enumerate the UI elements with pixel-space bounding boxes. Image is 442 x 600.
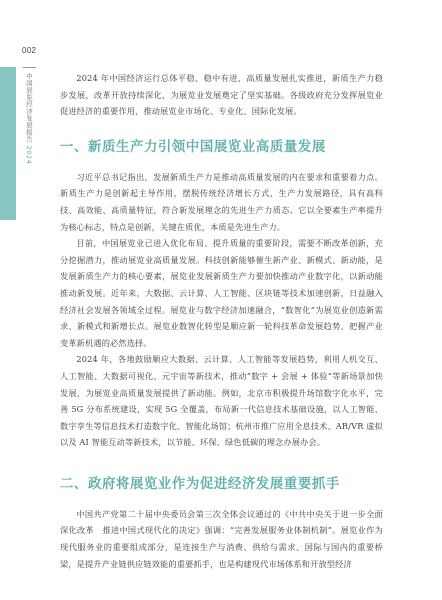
section-1-paragraph: 2024 年，各地鼓励顺应大数据、云计算、人工智能等发展趋势，利用人机交互、人工… <box>60 351 383 451</box>
page-content: 2024 年中国经济运行总体平稳、稳中有进，高质量发展扎实推进，新质生产力稳步发… <box>60 70 383 572</box>
page-number: 002 <box>22 46 36 55</box>
side-accent-bar <box>0 67 16 220</box>
running-title-text: 中国展览经济发展报告 <box>25 73 33 143</box>
section-2-heading: 二、政府将展览业作为促进经济发展重要抓手 <box>60 473 383 492</box>
running-title: 中国展览经济发展报告 2024 <box>24 73 34 164</box>
intro-paragraph: 2024 年中国经济运行总体平稳、稳中有进，高质量发展扎实推进，新质生产力稳步发… <box>60 70 383 120</box>
running-title-year: 2024 <box>25 146 33 165</box>
section-1-heading: 一、新质生产力引领中国展览业高质量发展 <box>60 136 383 155</box>
section-2-paragraph: 中国共产党第二十届中央委员会第三次全体会议通过的《中共中央关于进一步全面深化改革… <box>60 506 383 572</box>
side-divider <box>23 67 36 68</box>
section-1-paragraph: 习近平总书记指出，发展新质生产力是推动高质量发展的内在要求和重要着力点。新质生产… <box>60 169 383 235</box>
section-1-paragraph: 目前，中国展览业已进入优化布局、提升质量的重要阶段，需要不断改革创新，充分挖掘潜… <box>60 235 383 351</box>
